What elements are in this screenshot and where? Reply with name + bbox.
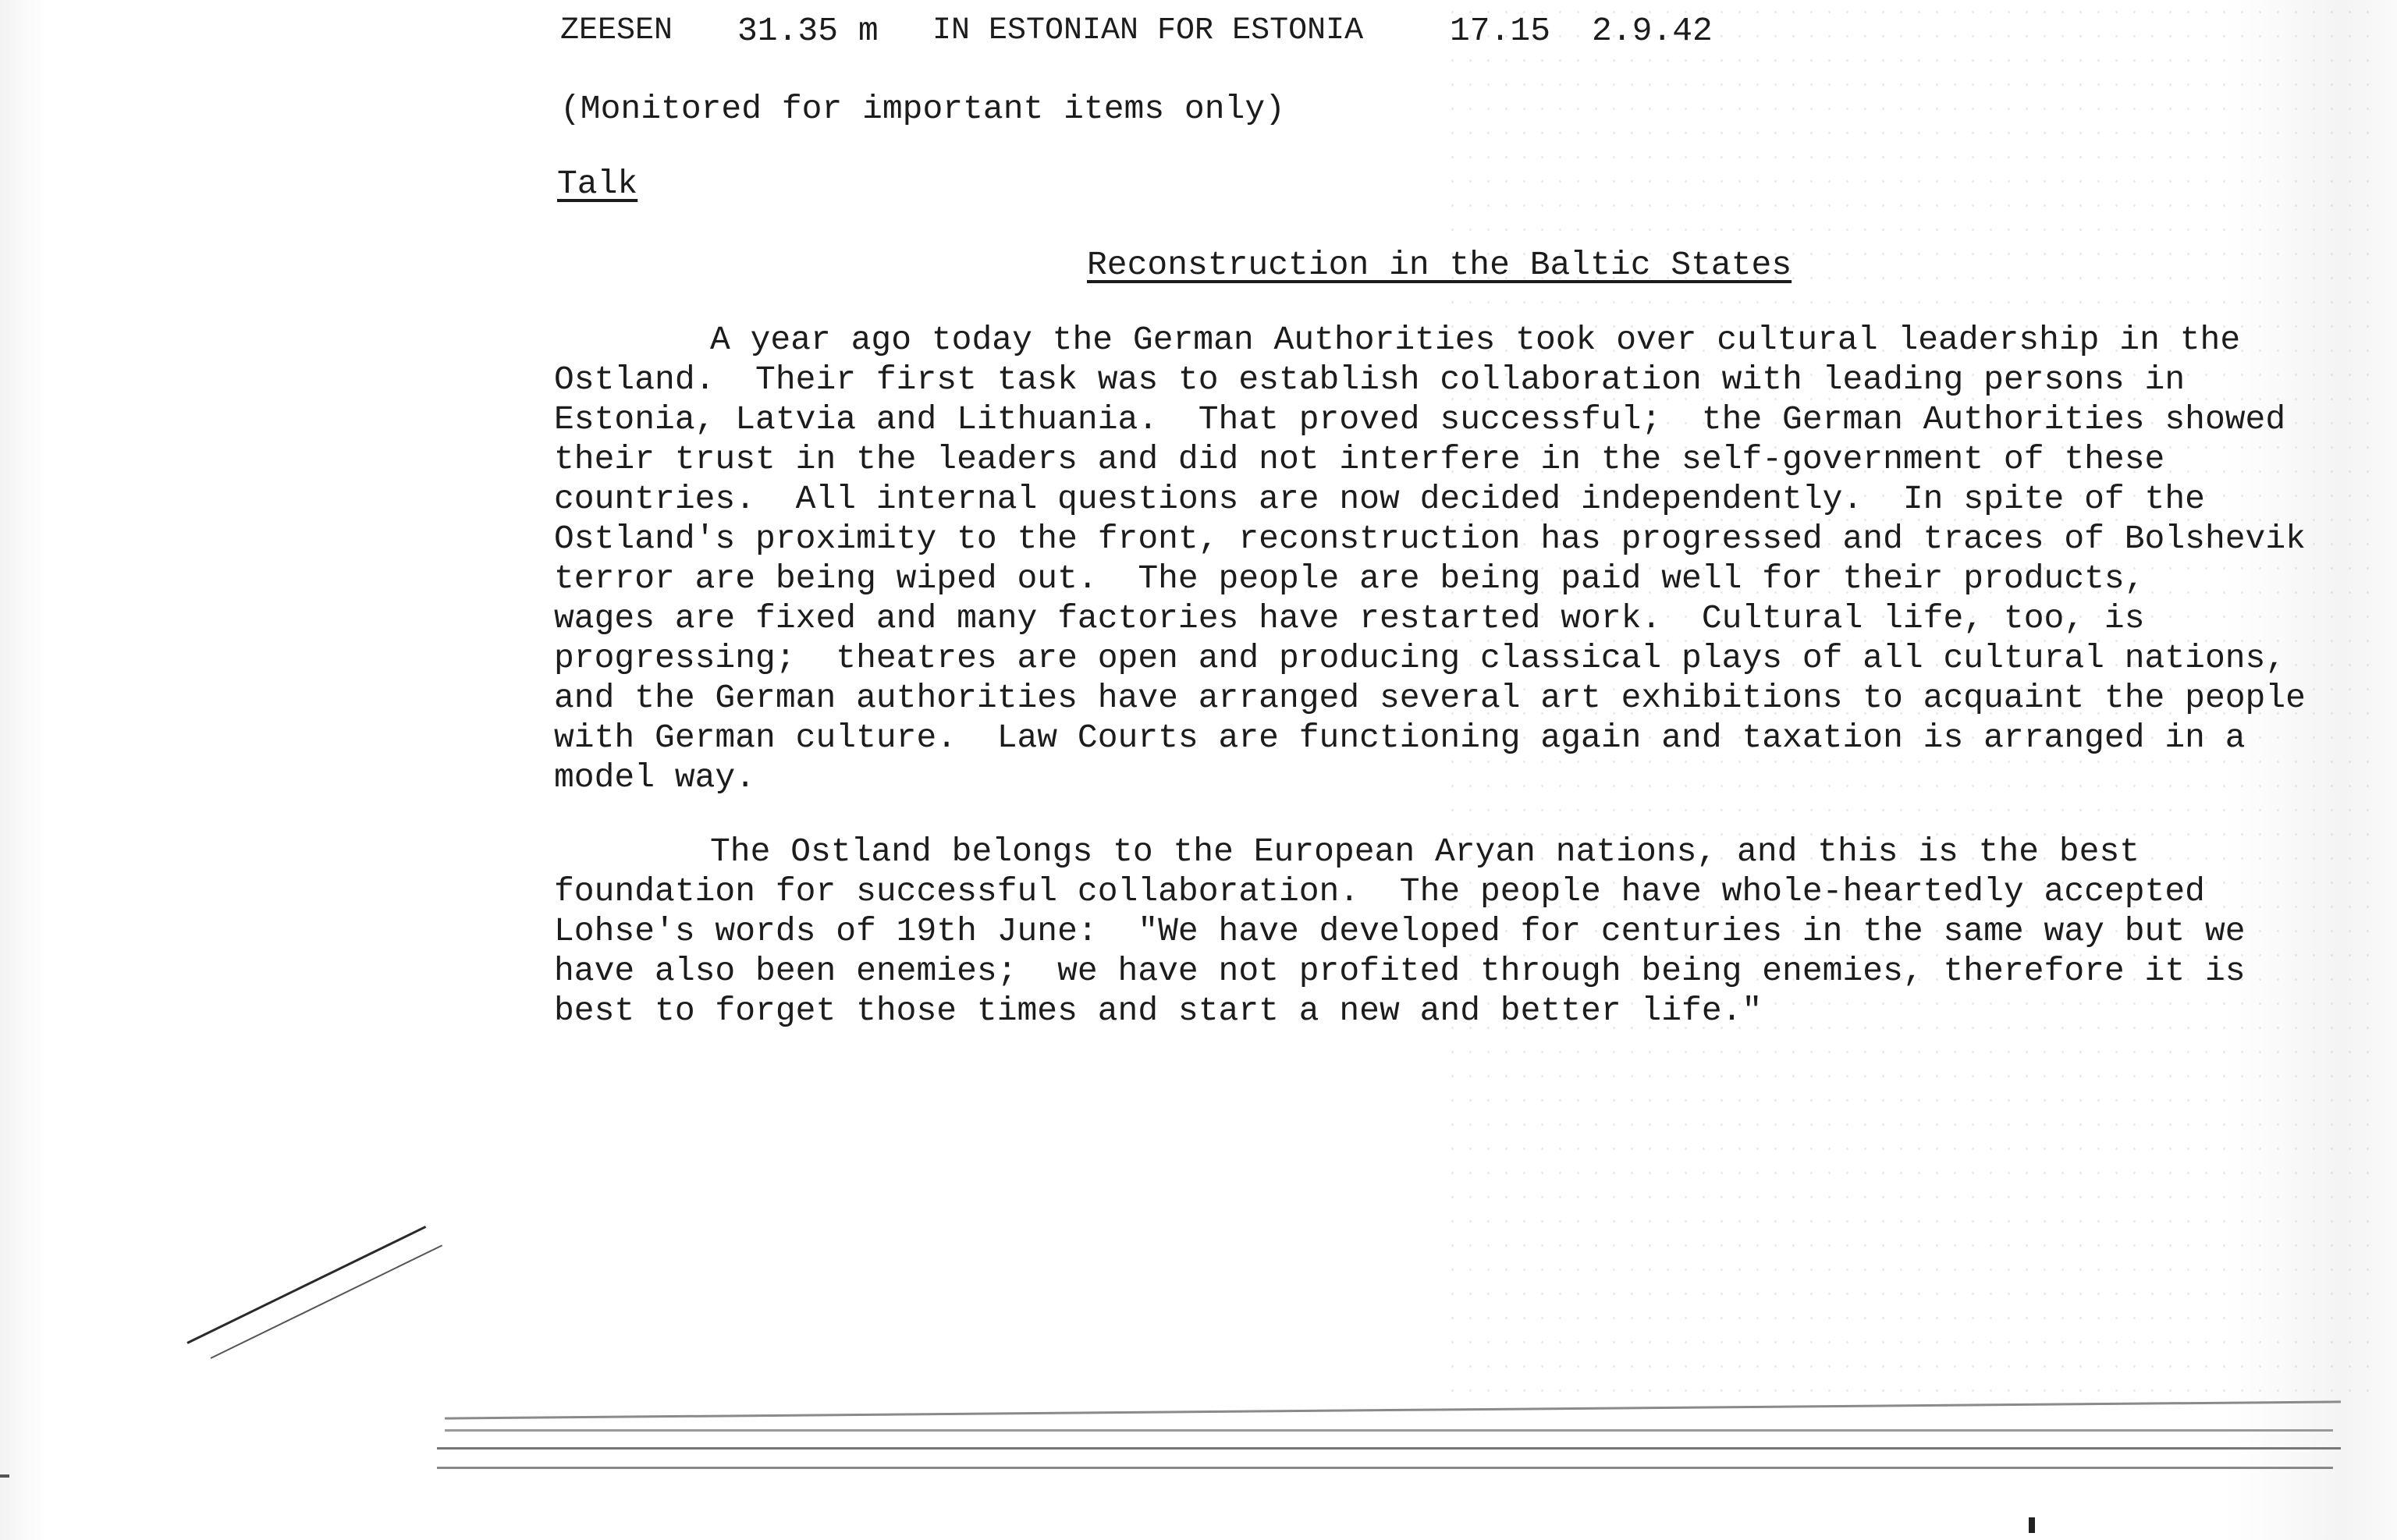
document-title: Reconstruction in the Baltic States [1087, 245, 1792, 285]
paragraph-line: have also been enemies; we have not prof… [554, 951, 2246, 991]
paragraph-line: Ostland's proximity to the front, recons… [554, 519, 2306, 559]
paragraph-line: their trust in the leaders and did not i… [554, 439, 2164, 479]
paragraph-line: A year ago today the German Authorities … [710, 320, 2240, 360]
paragraph-line: with German culture. Law Courts are func… [554, 718, 2246, 758]
header-date: 2.9.42 [1592, 11, 1713, 51]
edge-mark [2029, 1517, 2035, 1533]
page-edge-line [437, 1447, 2341, 1450]
paragraph-line: wages are fixed and many factories have … [554, 598, 2145, 638]
paragraph-line: countries. All internal questions are no… [554, 479, 2205, 519]
paragraph-line: best to forget those times and start a n… [554, 991, 1762, 1031]
paragraph-line: and the German authorities have arranged… [554, 678, 2306, 718]
paragraph-line: Estonia, Latvia and Lithuania. That prov… [554, 399, 2285, 439]
header-broadcast: IN ESTONIAN FOR ESTONIA [932, 11, 1363, 51]
page-edge-line [445, 1429, 2333, 1432]
paragraph-line: progressing; theatres are open and produ… [554, 638, 2285, 678]
header-station: ZEESEN [560, 11, 673, 51]
monitoring-note: (Monitored for important items only) [560, 89, 1285, 129]
paragraph-line: terror are being wiped out. The people a… [554, 559, 2145, 598]
paragraph-line: foundation for successful collaboration.… [554, 871, 2205, 911]
edge-mark [0, 1474, 9, 1478]
header-time: 17.15 [1450, 11, 1550, 51]
paragraph-line: Ostland. Their first task was to establi… [554, 360, 2185, 399]
category-label: Talk [557, 164, 637, 204]
paragraph-line: Lohse's words of 19th June: "We have dev… [554, 911, 2246, 951]
page-edge-line [437, 1467, 2333, 1469]
header-wavelength: 31.35 m [737, 11, 879, 51]
paragraph-line: model way. [554, 758, 755, 797]
paragraph-line: The Ostland belongs to the European Arya… [710, 832, 2140, 871]
